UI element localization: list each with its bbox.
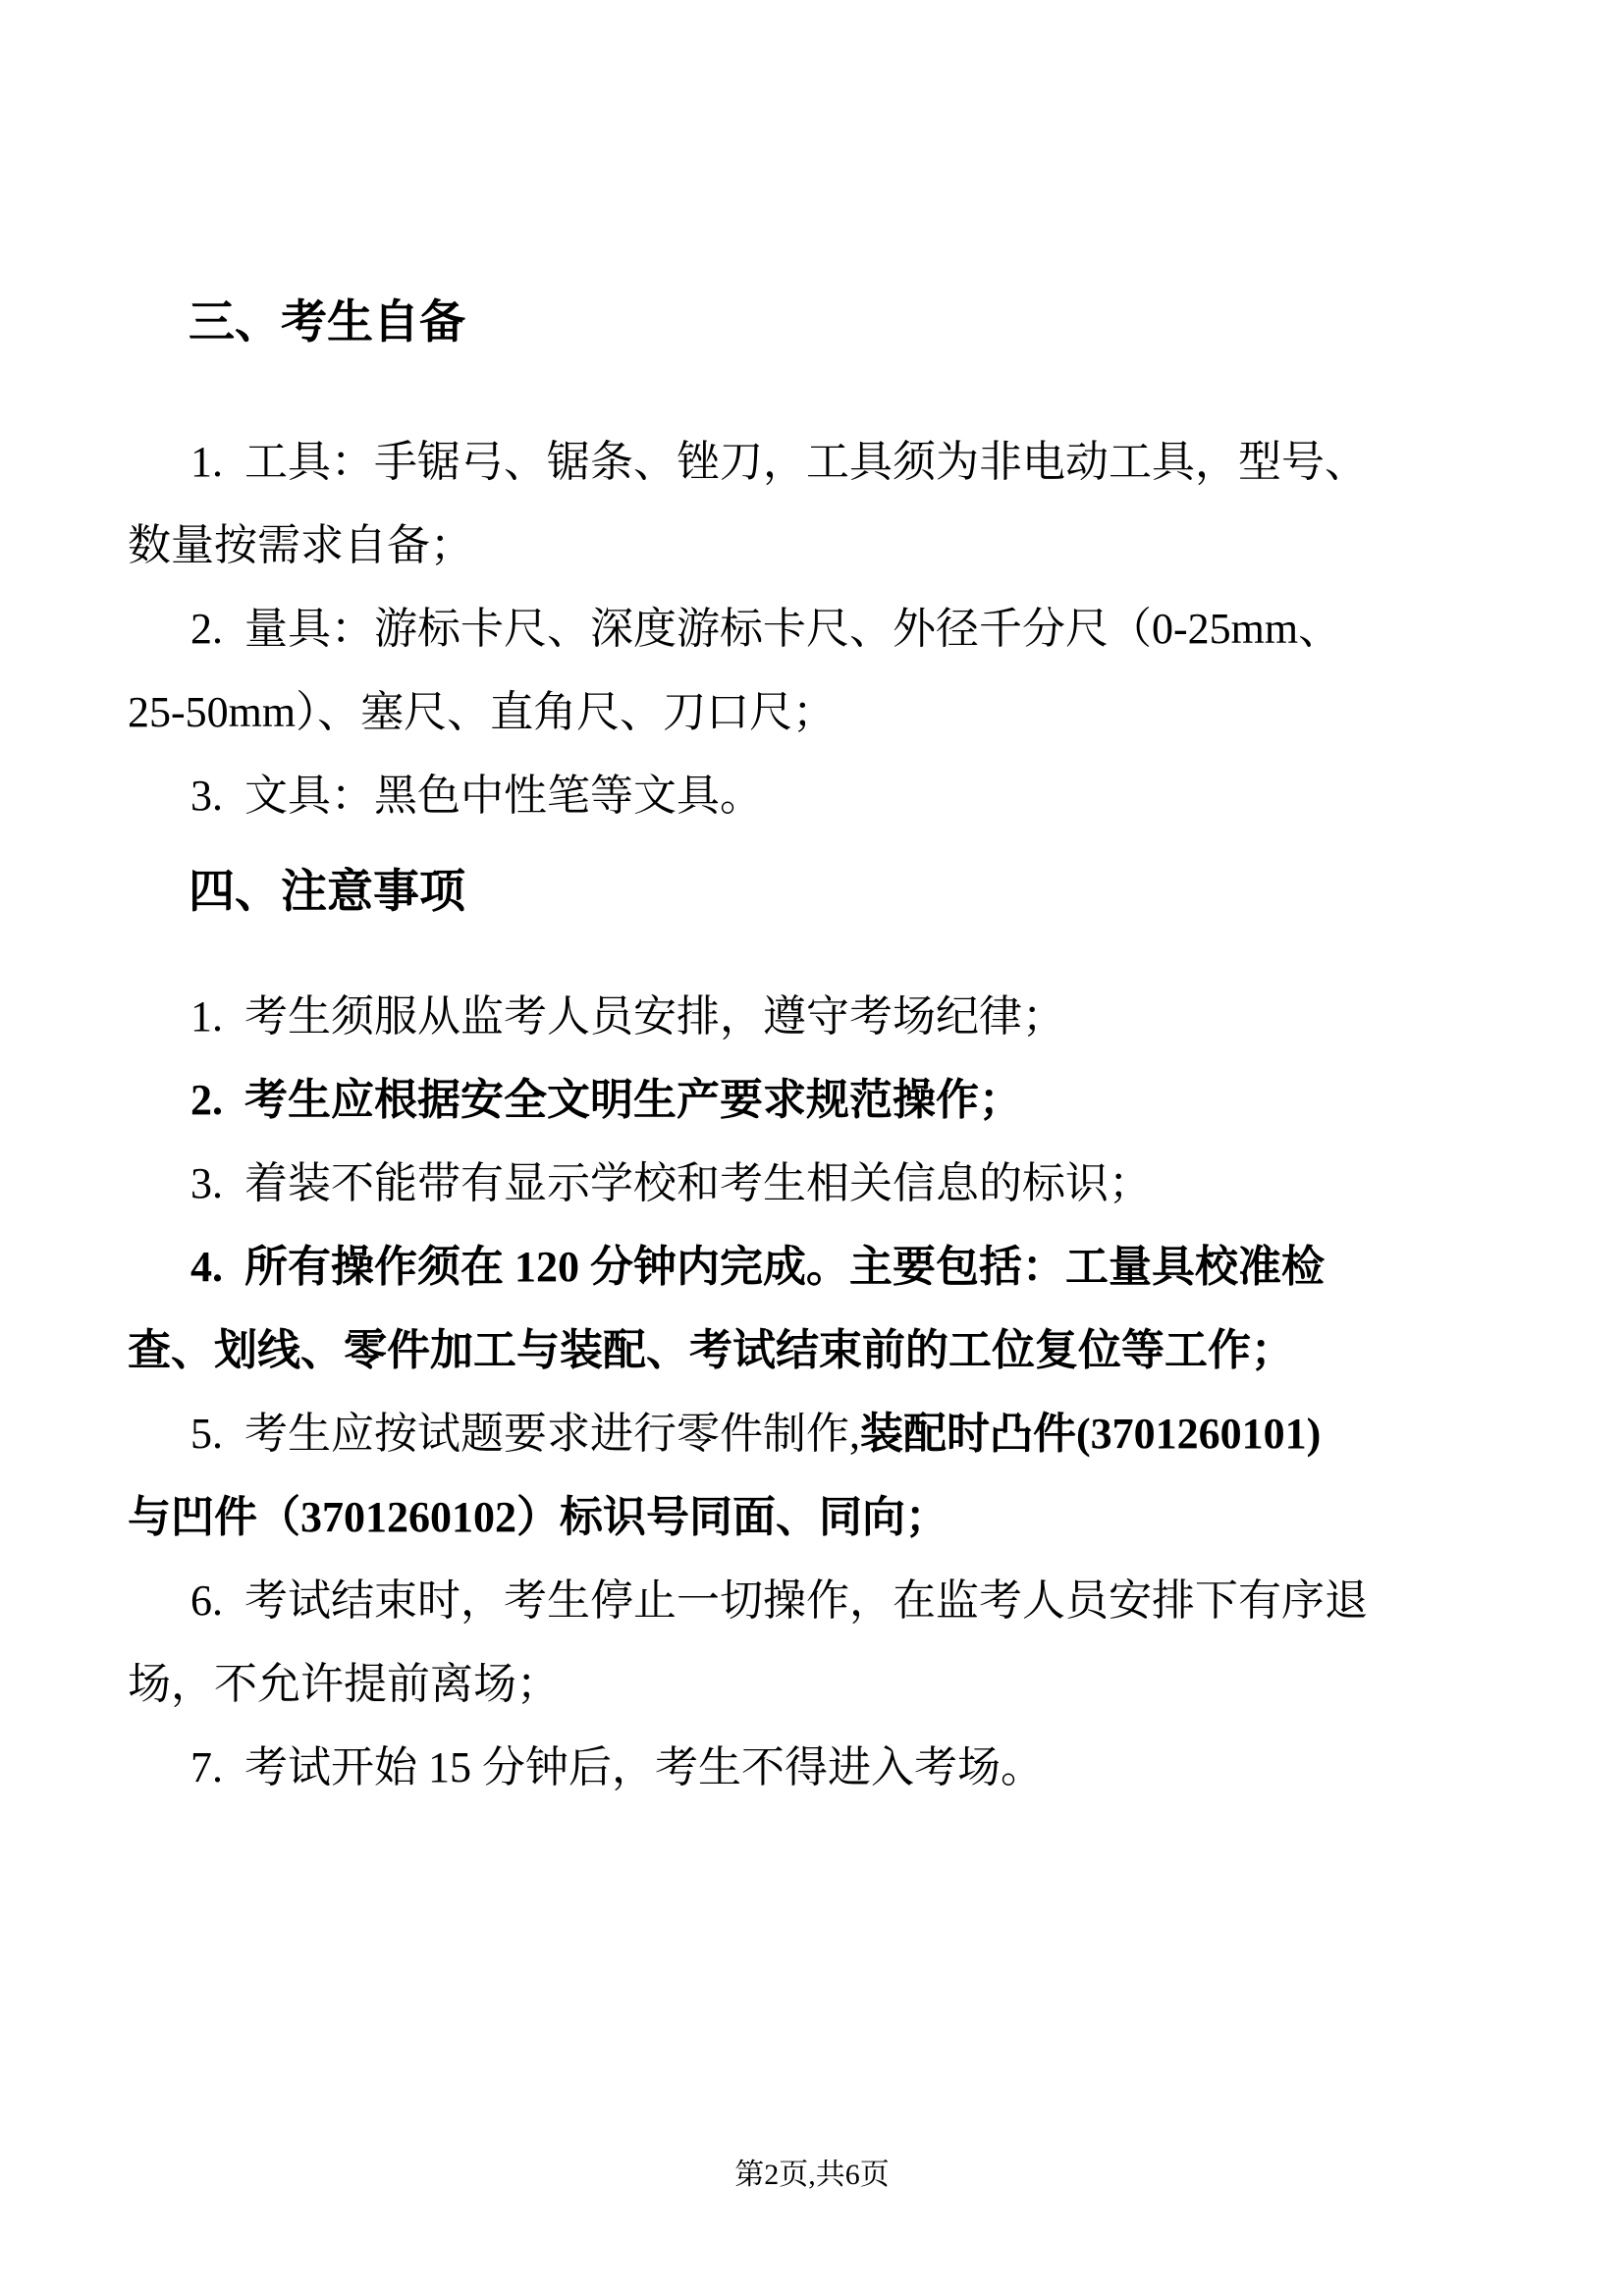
- page-number: 第2页,共6页: [0, 2156, 1624, 2195]
- section-heading-candidate-supplies: 三、考生自备: [189, 293, 1496, 351]
- notes-item-5-line-2: 与凹件（3701260102）标识号同面、同向；: [128, 1475, 1496, 1559]
- notes-item-6-line-1: 6. 考试结束时，考生停止一切操作，在监考人员安排下有序退: [128, 1559, 1496, 1642]
- tools-item-1-line-1: 1. 工具：手锯弓、锯条、锉刀，工具须为非电动工具，型号、: [128, 420, 1496, 504]
- notes-item-5-regular-segment: 5. 考生应按试题要求进行零件制作,: [190, 1410, 860, 1458]
- notes-item-3: 3. 着装不能带有显示学校和考生相关信息的标识；: [128, 1142, 1496, 1225]
- notes-item-7: 7. 考试开始 15 分钟后，考生不得进入考场。: [128, 1726, 1496, 1809]
- section-heading-notes: 四、注意事项: [189, 862, 1496, 921]
- notes-item-1: 1. 考生须服从监考人员安排，遵守考场纪律；: [128, 975, 1496, 1058]
- tools-item-2-line-1: 2. 量具：游标卡尺、深度游标卡尺、外径千分尺（0-25mm、: [128, 587, 1496, 670]
- notes-item-4-line-2: 查、划线、零件加工与装配、考试结束前的工位复位等工作；: [128, 1308, 1496, 1392]
- document-page: 三、考生自备 1. 工具：手锯弓、锯条、锉刀，工具须为非电动工具，型号、 数量按…: [0, 0, 1624, 2296]
- tools-item-2-line-2: 25-50mm）、塞尺、直角尺、刀口尺；: [128, 670, 1496, 754]
- tools-item-1-line-2: 数量按需求自备；: [128, 504, 1496, 587]
- tools-item-3: 3. 文具：黑色中性笔等文具。: [128, 754, 1496, 837]
- notes-item-4-line-1: 4. 所有操作须在 120 分钟内完成。主要包括：工量具校准检: [128, 1225, 1496, 1308]
- notes-item-6-line-2: 场，不允许提前离场；: [128, 1642, 1496, 1726]
- notes-item-5-bold-segment: 装配时凸件(3701260101): [860, 1410, 1321, 1458]
- notes-item-5-line-1: 5. 考生应按试题要求进行零件制作,装配时凸件(3701260101): [128, 1392, 1496, 1475]
- notes-item-2: 2. 考生应根据安全文明生产要求规范操作；: [128, 1058, 1496, 1142]
- page-content: 三、考生自备 1. 工具：手锯弓、锯条、锉刀，工具须为非电动工具，型号、 数量按…: [128, 0, 1496, 1809]
